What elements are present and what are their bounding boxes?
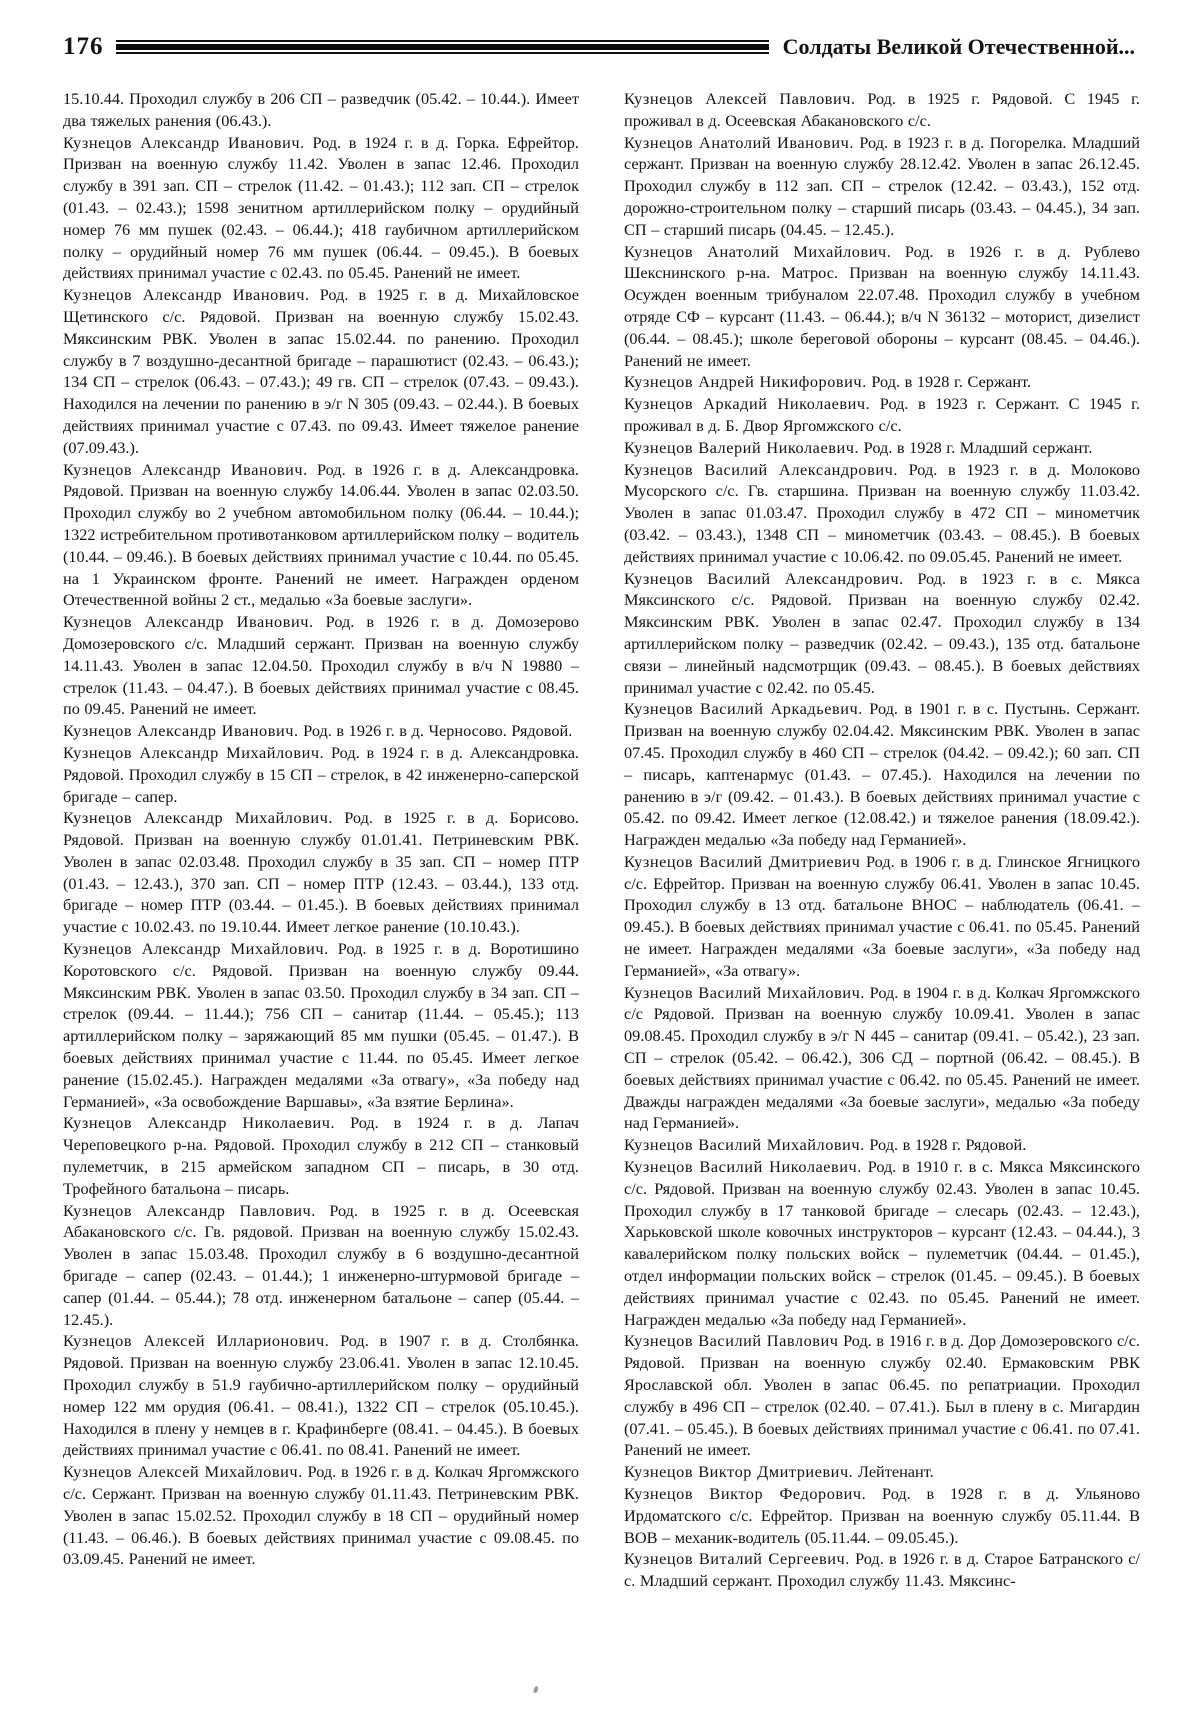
soldier-name: Кузнецов Виктор Федорович. [624, 1484, 866, 1503]
record-entry: Кузнецов Александр Павлович. Род. в 1925… [63, 1200, 579, 1331]
book-title: Солдаты Великой Отечественной... [783, 36, 1135, 58]
soldier-name: Кузнецов Василий Аркадьевич. [624, 699, 863, 718]
record-entry: Кузнецов Василий Михайлович. Род. в 1928… [624, 1134, 1140, 1156]
page-number: 176 [63, 34, 104, 59]
soldier-name: Кузнецов Александр Михайлович. [63, 939, 329, 958]
record-entry: Кузнецов Александр Иванович. Род. в 1926… [63, 611, 579, 720]
soldier-name: Кузнецов Александр Иванович. [63, 460, 308, 479]
soldier-name: Кузнецов Василий Павлович [624, 1331, 839, 1350]
record-entry: Кузнецов Александр Михайлович. Род. в 19… [63, 807, 579, 938]
soldier-name: Кузнецов Александр Иванович. [63, 721, 299, 740]
soldier-name: Кузнецов Александр Николаевич. [63, 1113, 335, 1132]
record-entry: Кузнецов Виталий Сергеевич. Род. в 1926 … [624, 1548, 1140, 1592]
record-entry: Кузнецов Алексей Павлович. Род. в 1925 г… [624, 88, 1140, 132]
soldier-name: Кузнецов Алексей Михайлович. [63, 1462, 303, 1481]
soldier-name: Кузнецов Василий Александрович. [624, 460, 898, 479]
soldier-name: Кузнецов Виталий Сергеевич. [624, 1549, 850, 1568]
text-columns: 15.10.44. Проходил службу в 206 СП – раз… [63, 88, 1140, 1592]
scan-speck [533, 1686, 539, 1694]
right-column: Кузнецов Алексей Павлович. Род. в 1925 г… [624, 88, 1140, 1592]
record-entry: Кузнецов Анатолий Иванович. Род. в 1923 … [624, 132, 1140, 241]
record-entry: Кузнецов Василий Николаевич. Род. в 1910… [624, 1156, 1140, 1330]
rule-line-bottom [116, 52, 769, 54]
soldier-name: Кузнецов Василий Дмитриевич [624, 852, 860, 871]
record-entry: Кузнецов Василий Павлович Род. в 1916 г.… [624, 1330, 1140, 1461]
record-entry: Кузнецов Андрей Никифорович. Род. в 1928… [624, 371, 1140, 393]
record-entry: Кузнецов Виктор Дмитриевич. Лейтенант. [624, 1461, 1140, 1483]
record-entry: Кузнецов Виктор Федорович. Род. в 1928 г… [624, 1483, 1140, 1548]
record-entry: Кузнецов Александр Михайлович. Род. в 19… [63, 938, 579, 1112]
record-entry: Кузнецов Василий Михайлович. Род. в 1904… [624, 982, 1140, 1135]
soldier-name: Кузнецов Василий Александрович. [624, 569, 904, 588]
running-head: 176 Солдаты Великой Отечественной... [63, 34, 1135, 59]
record-entry: Кузнецов Василий Аркадьевич. Род. в 1901… [624, 698, 1140, 851]
record-entry: Кузнецов Василий Александрович. Род. в 1… [624, 568, 1140, 699]
soldier-name: Кузнецов Василий Николаевич. [624, 1157, 862, 1176]
soldier-name: Кузнецов Виктор Дмитриевич. [624, 1462, 853, 1481]
record-entry: Кузнецов Валерий Николаевич. Род. в 1928… [624, 437, 1140, 459]
header-rule [116, 40, 769, 54]
soldier-name: Кузнецов Александр Михайлович. [63, 743, 324, 762]
soldier-name: Кузнецов Анатолий Михайлович. [624, 242, 891, 261]
record-entry: Кузнецов Василий Дмитриевич Род. в 1906 … [624, 851, 1140, 982]
record-entry: Кузнецов Анатолий Михайлович. Род. в 192… [624, 241, 1140, 372]
soldier-name: Кузнецов Анатолий Иванович. [624, 133, 854, 152]
soldier-name: Кузнецов Александр Павлович. [63, 1201, 316, 1220]
rule-line-top [116, 40, 769, 42]
book-page: 176 Солдаты Великой Отечественной... 15.… [0, 0, 1191, 1723]
soldier-name: Кузнецов Александр Иванович. [63, 285, 310, 304]
record-entry: Кузнецов Александр Иванович. Род. в 1926… [63, 720, 579, 742]
soldier-name: Кузнецов Василий Михайлович. [624, 1135, 865, 1154]
record-entry: 15.10.44. Проходил службу в 206 СП – раз… [63, 88, 579, 132]
soldier-name: Кузнецов Александр Иванович. [63, 612, 314, 631]
record-entry: Кузнецов Александр Иванович. Род. в 1925… [63, 284, 579, 458]
soldier-name: Кузнецов Алексей Павлович. [624, 89, 856, 108]
soldier-name: Кузнецов Аркадий Николаевич. [624, 394, 870, 413]
soldier-name: Кузнецов Андрей Никифорович. [624, 372, 867, 391]
record-entry: Кузнецов Александр Николаевич. Род. в 19… [63, 1112, 579, 1199]
left-column: 15.10.44. Проходил службу в 206 СП – раз… [63, 88, 579, 1592]
record-entry: Кузнецов Алексей Михайлович. Род. в 1926… [63, 1461, 579, 1570]
record-entry: Кузнецов Александр Михайлович. Род. в 19… [63, 742, 579, 807]
soldier-name: Кузнецов Александр Михайлович. [63, 808, 333, 827]
record-entry: Кузнецов Аркадий Николаевич. Род. в 1923… [624, 393, 1140, 437]
soldier-name: Кузнецов Валерий Николаевич. [624, 438, 859, 457]
record-entry: Кузнецов Алексей Илларионович. Род. в 19… [63, 1330, 579, 1461]
soldier-name: Кузнецов Алексей Илларионович. [63, 1331, 329, 1350]
soldier-name: Кузнецов Александр Иванович. [63, 133, 305, 152]
record-entry: Кузнецов Александр Иванович. Род. в 1924… [63, 132, 579, 285]
rule-line-middle [116, 44, 769, 50]
record-entry: Кузнецов Василий Александрович. Род. в 1… [624, 459, 1140, 568]
record-entry: Кузнецов Александр Иванович. Род. в 1926… [63, 459, 579, 612]
soldier-name: Кузнецов Василий Михайлович. [624, 983, 865, 1002]
